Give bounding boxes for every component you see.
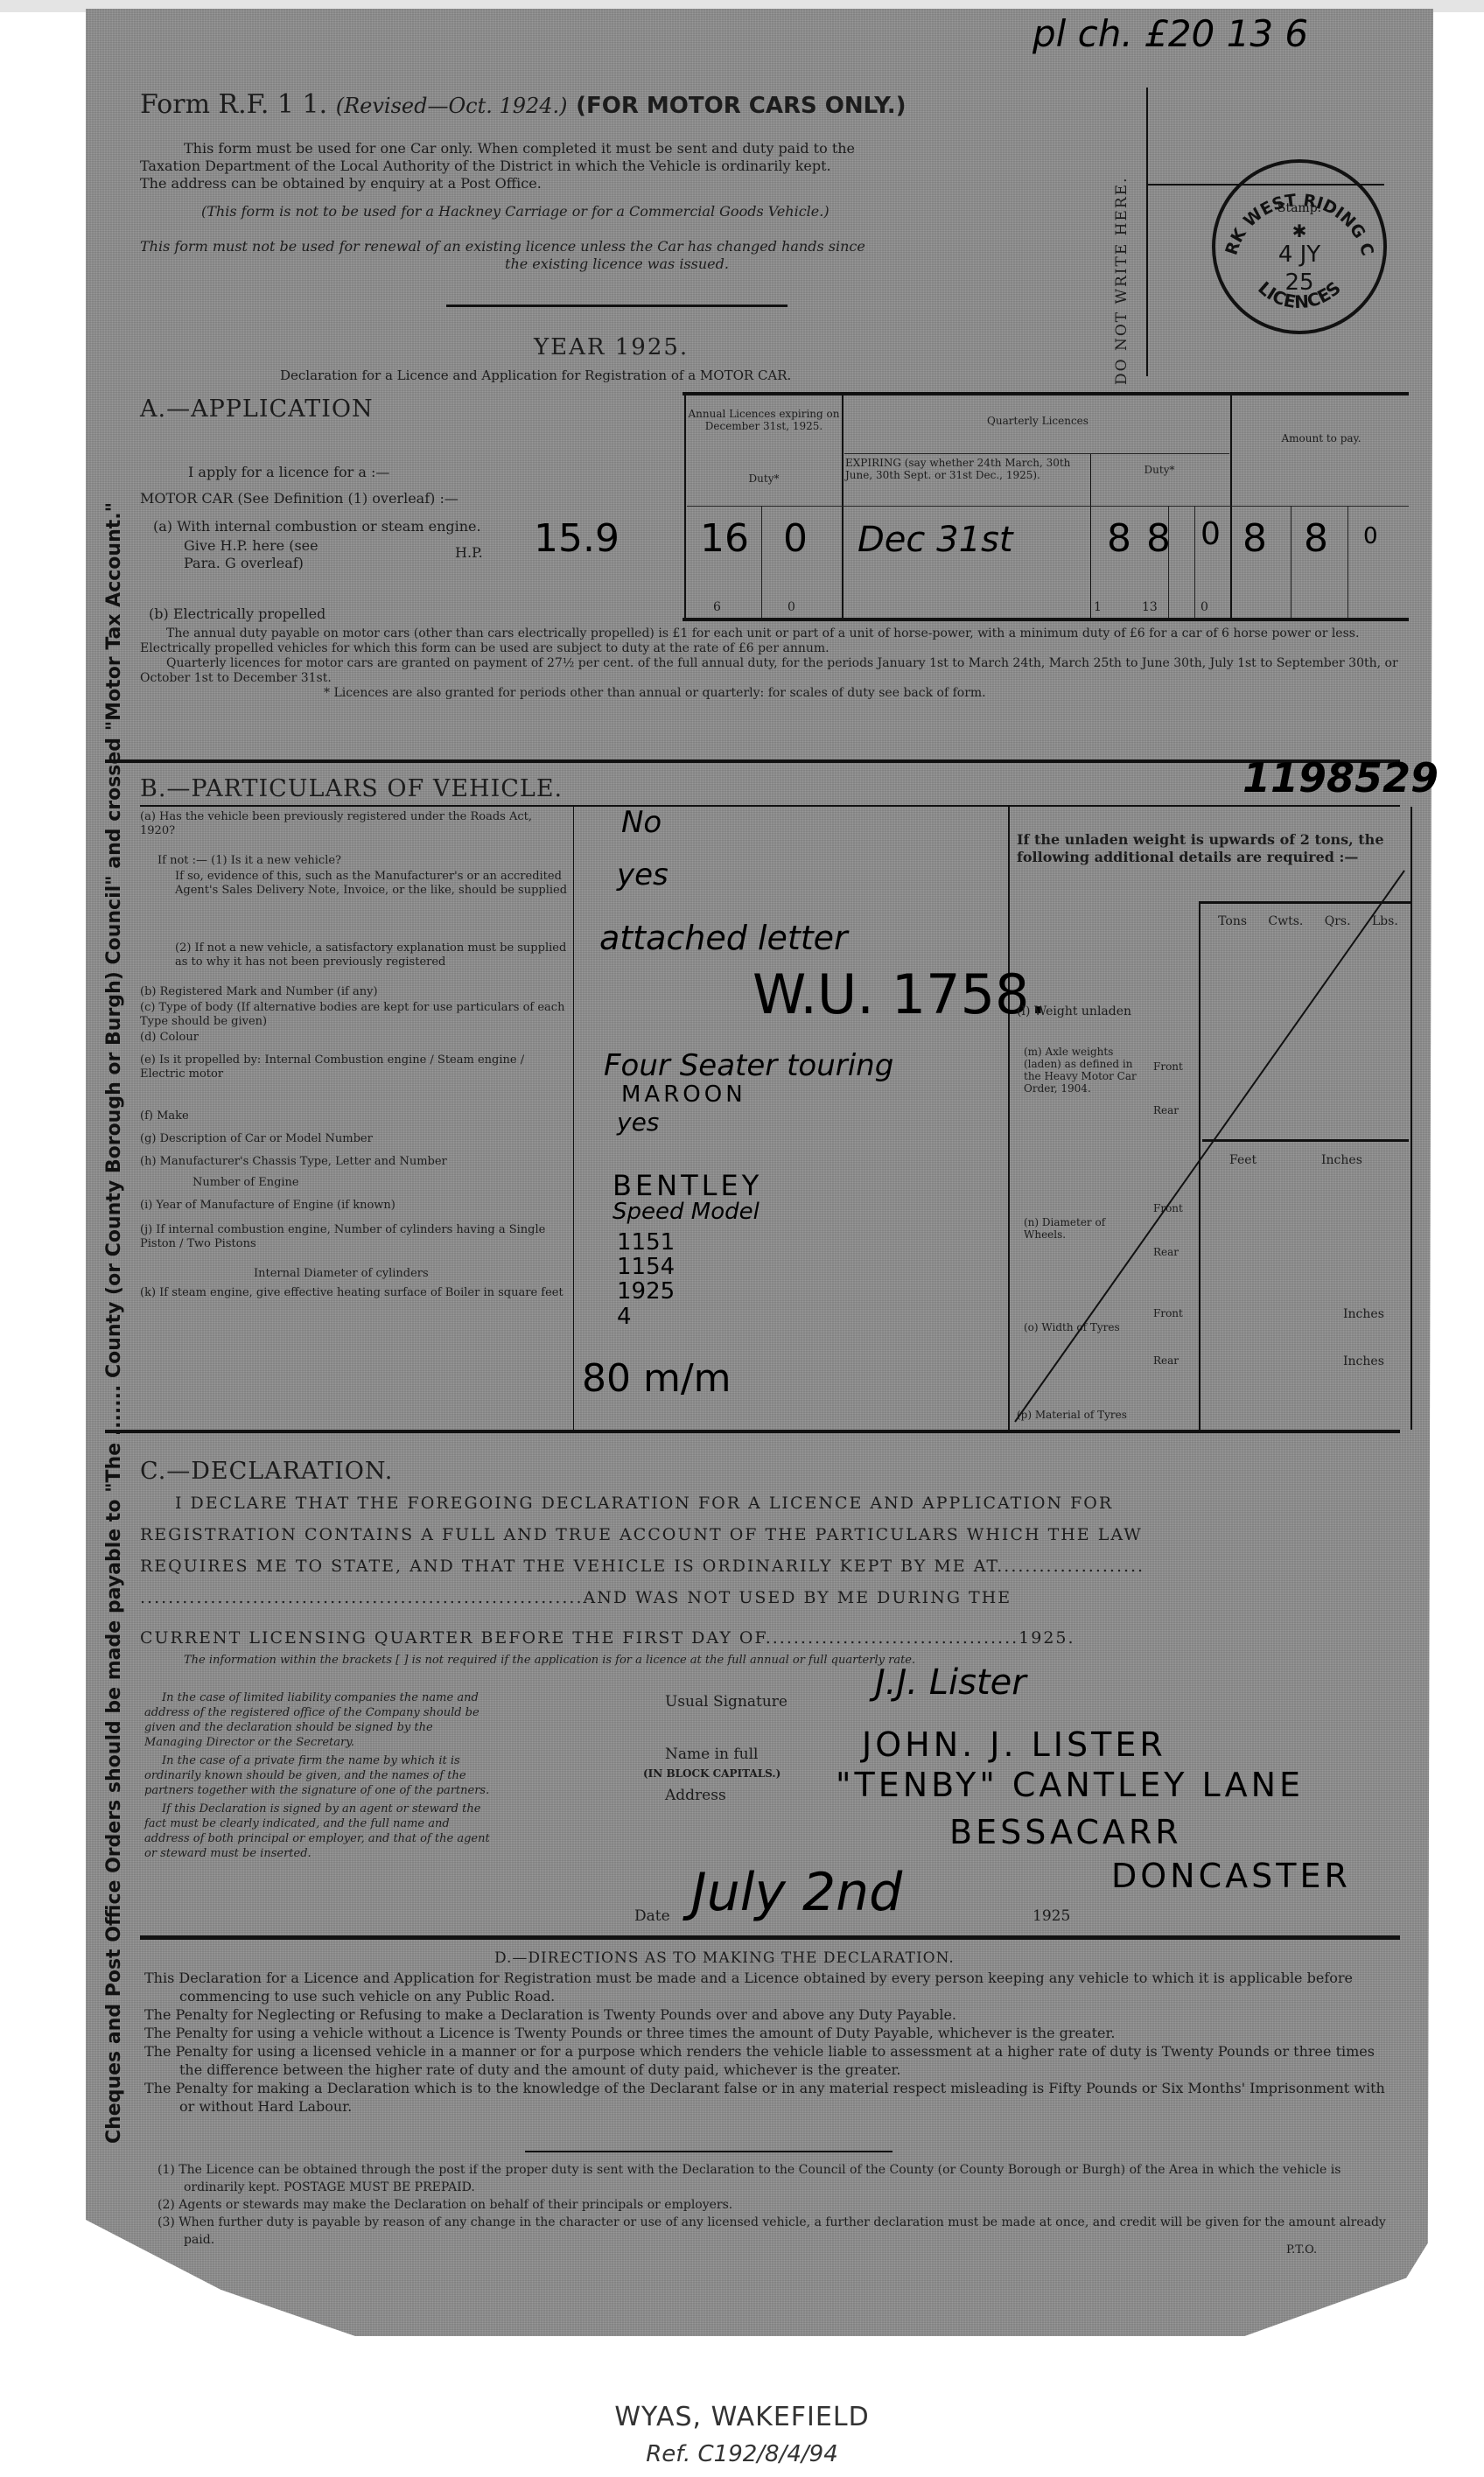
section-d-title: D.—DIRECTIONS AS TO MAKING THE DECLARATI…	[494, 1949, 955, 1967]
col-annual-header: Annual Licences expiring on December 31s…	[688, 408, 840, 432]
margin-note: Cheques and Post Office Orders should be…	[103, 502, 125, 2144]
propulsion-value: yes	[617, 1108, 659, 1137]
do-not-write-label: DO NOT WRITE HERE.	[1113, 176, 1130, 385]
section-divider	[140, 1935, 1400, 1940]
electric-quarterly-shillings: 13	[1142, 600, 1158, 614]
col-quarterly-duty: Duty*	[1094, 464, 1225, 476]
amount-pounds: 8	[1242, 516, 1267, 561]
table-col-rule	[1230, 394, 1232, 619]
direction-item: The Penalty for using a vehicle without …	[144, 2024, 1396, 2042]
b-label: (g) Description of Car or Model Number	[140, 1132, 569, 1155]
signing-notes: In the case of limited liability compani…	[144, 1690, 490, 1861]
table-cell-rule	[1194, 506, 1195, 618]
date-value: July 2nd	[691, 1862, 902, 1923]
electric-quarterly-pounds: 1	[1094, 600, 1102, 614]
chassis-number-value: 1151	[617, 1229, 675, 1256]
b-label: (j) If internal combustion engine, Numbe…	[140, 1223, 569, 1267]
declaration-line: ........................................…	[140, 1582, 1400, 1613]
for-motor-cars-label: (FOR MOTOR CARS ONLY.)	[576, 93, 906, 119]
col-expiring-header: EXPIRING (say whether 24th March, 30th J…	[845, 457, 1088, 481]
b-label: If so, evidence of this, such as the Man…	[140, 870, 569, 941]
address-label: Address	[665, 1787, 726, 1804]
stamp-day: 4	[1278, 241, 1293, 268]
cross-out-line	[1011, 866, 1413, 1426]
item-a-sub: Give H.P. here (see Para. G overleaf)	[184, 537, 359, 572]
section-a-title: A.—APPLICATION	[140, 395, 374, 423]
hp-label: H.P.	[455, 544, 483, 562]
quarterly-pence: 0	[1200, 516, 1221, 552]
amount-shillings: 8	[1304, 516, 1328, 561]
direction-item: This Declaration for a Licence and Appli…	[144, 1969, 1396, 2005]
archive-name: WYAS, WAKEFIELD	[0, 2402, 1484, 2432]
b-weight-divider	[1008, 807, 1010, 1430]
section-b-rule	[140, 805, 1400, 807]
note-line: the existing licence was issued.	[140, 255, 1094, 273]
bracket-note: The information within the brackets [ ] …	[184, 1654, 915, 1667]
b-label: (d) Colour	[140, 1031, 569, 1053]
table-col-rule	[684, 394, 686, 619]
engine-number-value: 1154	[617, 1254, 675, 1280]
direction-item: The Penalty for using a licensed vehicle…	[144, 2042, 1396, 2079]
table-bottom-rule	[682, 618, 1409, 621]
direction-note: (1) The Licence can be obtained through …	[149, 2161, 1391, 2196]
table-cell-rule	[1347, 506, 1348, 618]
direction-note: (2) Agents or stewards may make the Decl…	[149, 2196, 1391, 2214]
do-not-write-divider	[1146, 87, 1148, 376]
date-label: Date	[634, 1907, 670, 1925]
address-line-2: BESSACARR	[949, 1813, 1182, 1851]
post-office-stamp: YORK WEST RIDING C.C. LICENCES Stamp. ✱ …	[1212, 159, 1387, 334]
quarterly-shillings: 8	[1146, 516, 1171, 561]
b-label-divider	[573, 807, 574, 1430]
directions-notes: (1) The Licence can be obtained through …	[149, 2161, 1391, 2249]
new-vehicle-value: yes	[617, 857, 668, 892]
b-label: (i) Year of Manufacture of Engine (if kn…	[140, 1199, 569, 1223]
directions-divider	[525, 2151, 892, 2152]
b-label: Internal Diameter of cylinders	[140, 1267, 569, 1286]
evidence-value: attached letter	[599, 919, 848, 957]
form-header: Form R.F. 1 1. (Revised—Oct. 1924.) (FOR…	[140, 89, 906, 120]
b-label: (k) If steam engine, give effective heat…	[140, 1286, 569, 1312]
duty-note: * Licences are also granted for periods …	[140, 686, 1400, 701]
b-label: (b) Registered Mark and Number (if any)	[140, 985, 569, 1001]
registration-mark-value: W.U. 1758.	[752, 962, 1046, 1026]
full-name-value: JOHN. J. LISTER	[862, 1725, 1166, 1764]
b-label: (2) If not a new vehicle, a satisfactory…	[140, 941, 569, 985]
direction-item: The Penalty for Neglecting or Refusing t…	[144, 2005, 1396, 2024]
col-annual-duty: Duty*	[688, 472, 840, 485]
colour-value: MAROON	[621, 1081, 746, 1108]
body-type-value: Four Seater touring	[604, 1048, 893, 1083]
b-label: If not :— (1) Is it a new vehicle?	[140, 854, 569, 870]
annual-shillings: 0	[783, 516, 808, 561]
table-col-rule	[1090, 453, 1091, 619]
signing-note: In the case of a private firm the name b…	[144, 1753, 490, 1798]
table-top-rule	[682, 392, 1409, 395]
col-quarterly-header: Quarterly Licences	[845, 415, 1230, 427]
apply-text: I apply for a licence for a :—	[188, 464, 389, 481]
declaration-text: I DECLARE THAT THE FOREGOING DECLARATION…	[140, 1487, 1400, 1654]
declaration-line: I DECLARE THAT THE FOREGOING DECLARATION…	[140, 1487, 1400, 1519]
address-line-1: "TENBY" CANTLEY LANE	[836, 1766, 1304, 1804]
intro-line: Taxation Department of the Local Authori…	[140, 157, 1094, 175]
direction-note: (3) When further duty is payable by reas…	[149, 2214, 1391, 2249]
b-label: (c) Type of body (If alternative bodies …	[140, 1001, 569, 1031]
b-label: (f) Make	[140, 1109, 569, 1132]
stamp-day-month: 4 JY	[1215, 241, 1383, 268]
signature-value: J.J. Lister	[875, 1662, 1026, 1703]
weight-intro: If the unladen weight is upwards of 2 to…	[1017, 831, 1402, 866]
intro-line: The address can be obtained by enquiry a…	[140, 175, 1094, 192]
top-annotation: pl ch. £20 13 6	[1032, 12, 1308, 55]
declaration-line: REQUIRES ME TO STATE, AND THAT THE VEHIC…	[140, 1550, 1400, 1582]
note-line: This form must not be used for renewal o…	[140, 238, 1094, 255]
hp-value: 15.9	[534, 516, 619, 561]
renewal-note: This form must not be used for renewal o…	[140, 238, 1094, 273]
intro-text: This form must be used for one Car only.…	[140, 140, 1094, 192]
section-divider	[105, 1430, 1400, 1433]
table-col-rule	[842, 394, 843, 619]
b-label: (h) Manufacturer's Chassis Type, Letter …	[140, 1155, 569, 1176]
name-sub-label: (IN BLOCK CAPITALS.)	[643, 1767, 780, 1780]
table-row-rule	[687, 506, 1409, 507]
declaration-line: REGISTRATION CONTAINS A FULL AND TRUE AC…	[140, 1519, 1400, 1550]
b-label: Number of Engine	[140, 1176, 569, 1199]
hackney-note: (This form is not to be used for a Hackn…	[201, 203, 829, 220]
item-a-label: (a) With internal combustion or steam en…	[153, 518, 481, 535]
signing-note: In the case of limited liability compani…	[144, 1690, 490, 1750]
signing-note: If this Declaration is signed by an agen…	[144, 1802, 490, 1861]
col-amount-header: Amount to pay.	[1234, 432, 1409, 444]
pto-label: P.T.O.	[1286, 2243, 1317, 2257]
motor-car-label: MOTOR CAR (See Definition (1) overleaf) …	[140, 490, 458, 507]
expiring-date: Dec 31st	[857, 520, 1013, 560]
electric-annual-pounds: 6	[713, 600, 721, 614]
declaration-subtitle: Declaration for a Licence and Applicatio…	[280, 367, 791, 383]
b-label: (a) Has the vehicle been previously regi…	[140, 810, 569, 854]
b-labels: (a) Has the vehicle been previously regi…	[140, 810, 569, 1312]
stamp-label: Stamp.	[1215, 201, 1383, 215]
make-value: BENTLEY	[612, 1169, 762, 1202]
signature-label: Usual Signature	[665, 1693, 787, 1711]
stamp-year: 25	[1215, 269, 1383, 296]
star-icon: ✱	[1215, 220, 1383, 241]
section-c-title: C.—DECLARATION.	[140, 1458, 393, 1485]
name-label: Name in full	[665, 1746, 759, 1763]
duty-note: Quarterly licences for motor cars are gr…	[140, 656, 1400, 686]
archive-ref: Ref. C192/8/4/94	[0, 2441, 1484, 2467]
divider	[446, 304, 787, 307]
stamp-month: JY	[1300, 241, 1321, 268]
model-value: Speed Model	[612, 1199, 759, 1225]
reference-number: 1198529	[1242, 754, 1438, 801]
previously-registered-value: No	[621, 805, 661, 840]
form-id: Form R.F. 1 1.	[140, 89, 327, 120]
section-divider	[105, 759, 1400, 763]
duty-notes: The annual duty payable on motor cars (o…	[140, 626, 1400, 701]
annual-pounds: 16	[700, 516, 749, 561]
b-label: (e) Is it propelled by: Internal Combust…	[140, 1053, 569, 1109]
engine-year-value: 1925	[617, 1278, 675, 1305]
year-title: YEAR 1925.	[534, 334, 689, 360]
directions-list: This Declaration for a Licence and Appli…	[144, 1969, 1396, 2116]
intro-line: This form must be used for one Car only.…	[140, 140, 1094, 157]
revised-date: (Revised—Oct. 1924.)	[336, 94, 568, 118]
duty-note: The annual duty payable on motor cars (o…	[140, 626, 1400, 656]
item-b-label: (b) Electrically propelled	[149, 605, 325, 623]
table-cell-rule	[1291, 506, 1291, 618]
electric-quarterly-pence: 0	[1200, 600, 1208, 614]
amount-pence: 0	[1363, 523, 1378, 549]
section-b-title: B.—PARTICULARS OF VEHICLE.	[140, 775, 563, 802]
date-year: 1925	[1032, 1907, 1070, 1925]
cylinders-value: 4	[617, 1304, 632, 1330]
declaration-line: CURRENT LICENSING QUARTER BEFORE THE FIR…	[140, 1622, 1400, 1654]
bore-value: 80 m/m	[582, 1356, 731, 1401]
quarterly-pounds: 8	[1107, 516, 1131, 561]
address-line-3: DONCASTER	[1111, 1857, 1351, 1895]
electric-annual-shillings: 0	[787, 600, 795, 614]
direction-item: The Penalty for making a Declaration whi…	[144, 2079, 1396, 2116]
table-cell-rule	[761, 506, 762, 618]
table-row-rule	[844, 453, 1229, 454]
